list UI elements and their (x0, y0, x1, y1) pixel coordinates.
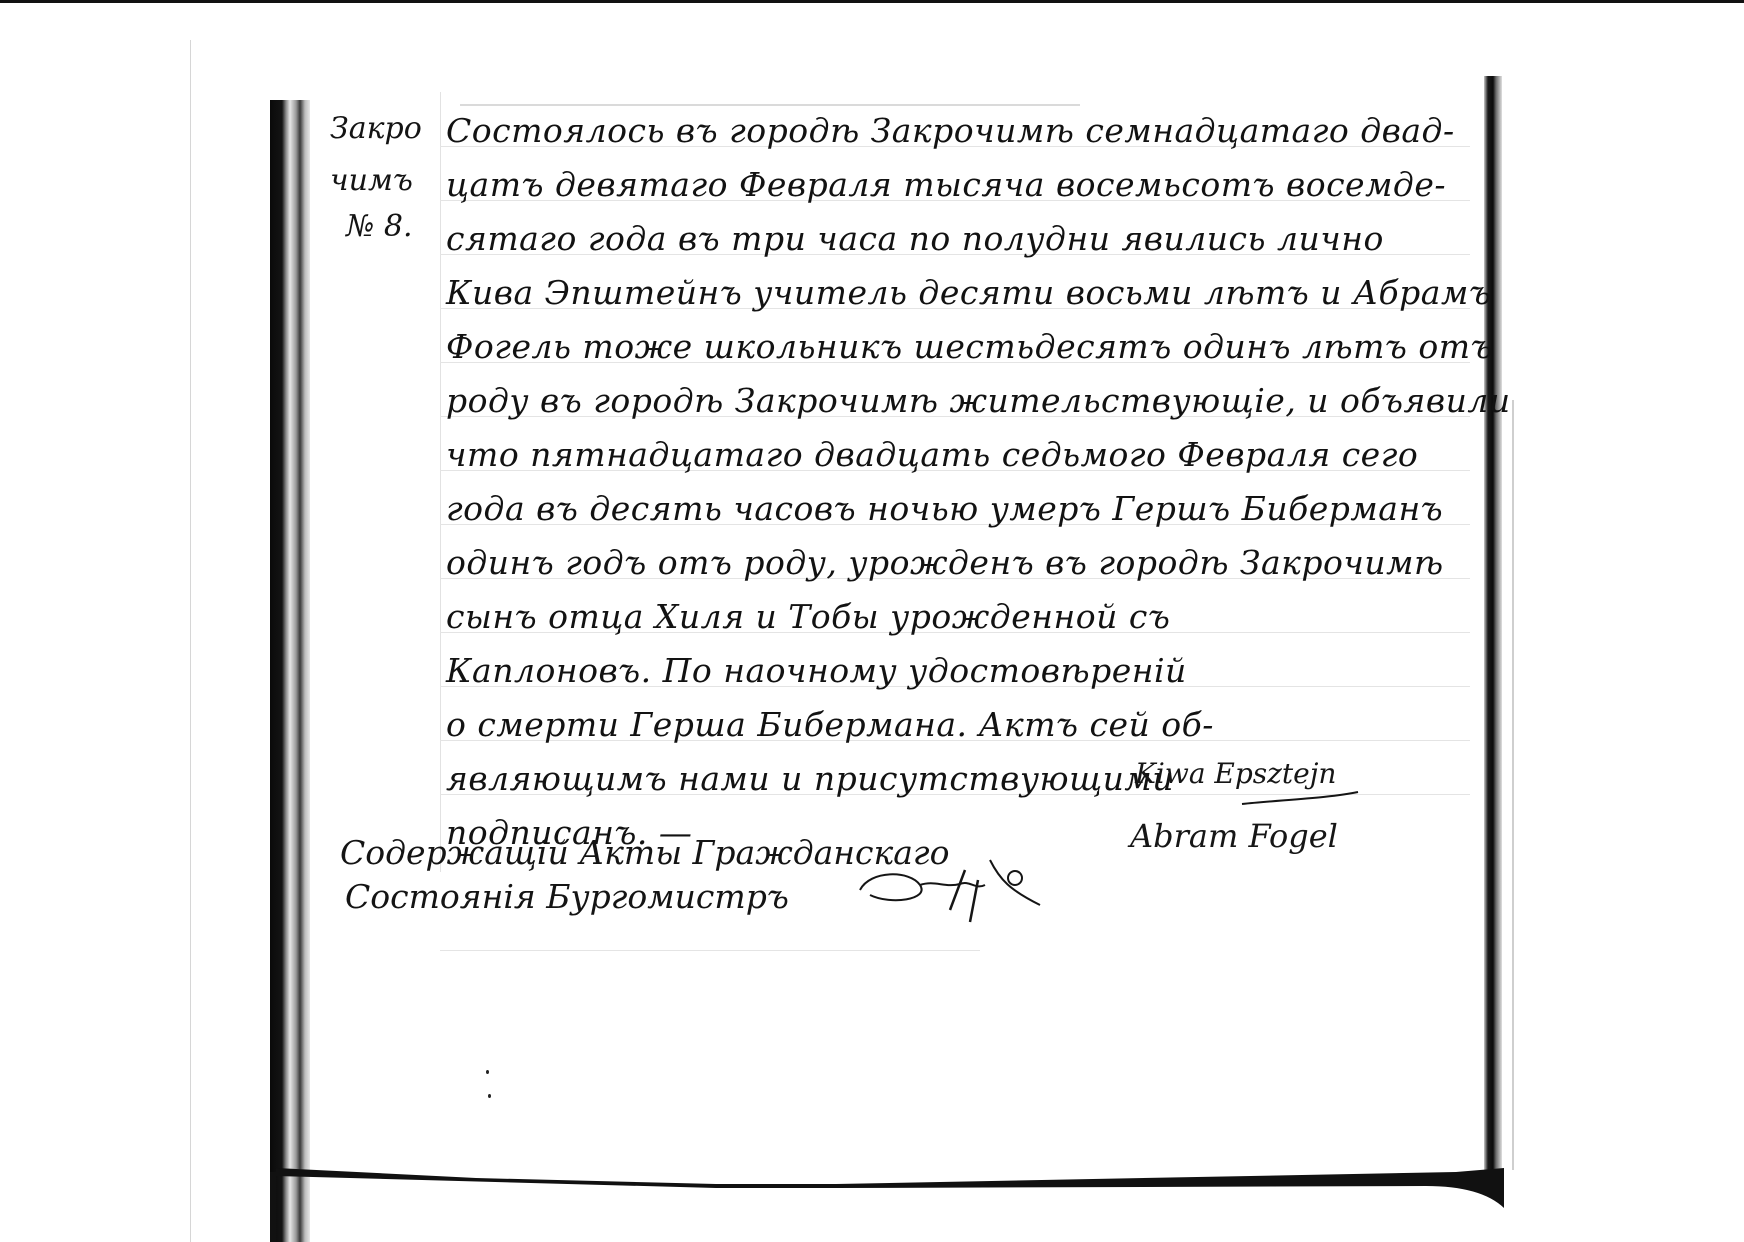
page-bottom-edge (276, 1168, 1504, 1208)
margin-town-1: Закро (330, 114, 422, 144)
registrar-signature-flourish (850, 850, 1050, 940)
page-right-edge (1484, 76, 1502, 1176)
record-line-13: являющимъ нами и присутствующими (446, 762, 1174, 795)
previous-record-tail (460, 86, 1080, 106)
margin-town-2: чимъ (330, 166, 413, 196)
ink-speck (488, 1094, 491, 1098)
scan-top-edge (0, 0, 1744, 3)
record-line-7: что пятнадцатаго двадцать седьмого Февра… (446, 438, 1418, 471)
witness-signature-kiva: Kiwa Epsztejn (1135, 760, 1336, 788)
margin-record-number: № 8. (346, 212, 413, 242)
ruled-line (440, 950, 980, 951)
record-line-12: о смерти Герша Бибермана. Актъ сей об- (446, 708, 1214, 741)
record-line-5: Фогель тоже школьникъ шестьдесятъ одинъ … (446, 330, 1493, 363)
record-line-8: года въ десять часовъ ночью умеръ Гершъ … (446, 492, 1443, 525)
book-binding-left (270, 100, 310, 1242)
witness-signature-fogel: Abram Fogel (1130, 820, 1338, 852)
page-right-shadow (1512, 400, 1514, 1170)
record-line-11: Каплоновъ. По наочному удостовѣреній (446, 654, 1187, 687)
ink-speck (486, 1070, 489, 1074)
registrar-title-line-2: Состоянія Бургомистръ (345, 880, 789, 913)
record-line-4: Кива Эпштейнъ учитель десяти восьми лѣтъ… (446, 276, 1491, 309)
record-line-9: одинъ годъ отъ роду, урожденъ въ городѣ … (446, 546, 1444, 579)
record-line-1: Состоялось въ городѣ Закрочимѣ семнадцат… (446, 114, 1455, 147)
margin-rule (440, 92, 441, 872)
record-line-2: цатъ девятаго Февраля тысяча восемьсотъ … (446, 168, 1446, 201)
record-line-3: сятаго года въ три часа по полудни явили… (446, 222, 1384, 255)
record-line-6: роду въ городѣ Закрочимѣ жительствующіе,… (446, 384, 1511, 417)
record-line-10: сынъ отца Хиля и Тобы урожденной съ (446, 600, 1170, 633)
witness-signature-underline (1240, 790, 1360, 810)
scan-fold-line (190, 40, 191, 1242)
